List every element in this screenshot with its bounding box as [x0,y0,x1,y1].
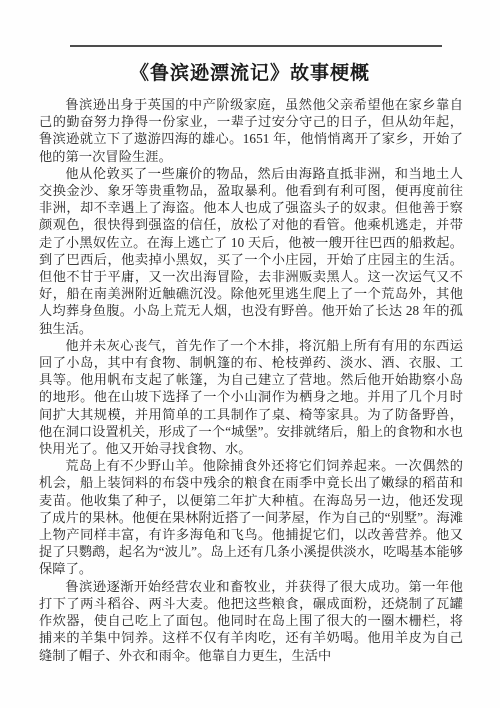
paragraph: 鲁滨逊逐渐开始经营农业和畜牧业，并获得了很大成功。第一年他打下了两斗稻谷、两斗大… [39,578,463,664]
paragraph: 他从伦敦买了一些廉价的物品，然后由海路直抵非洲，和当地土人交换金沙、象牙等贵重物… [39,165,463,337]
paragraph: 他并未灰心丧气，首先作了一个木排，将沉船上所有有用的东西运回了小岛，其中有食物、… [39,337,463,457]
paragraph: 鲁滨逊出身于英国的中产阶级家庭，虽然他父亲希望他在家乡靠自己的勤奋努力挣得一份家… [39,96,463,165]
paragraph: 荒岛上有不少野山羊。他除捕食外还将它们饲养起来。一次偶然的机会，船上装饲料的布袋… [39,457,463,577]
document-page: 《鲁滨逊漂流记》故事梗概 鲁滨逊出身于英国的中产阶级家庭，虽然他父亲希望他在家乡… [0,0,500,708]
page-title: 《鲁滨逊漂流记》故事梗概 [0,58,500,85]
divider-line [70,45,442,47]
paragraphs: 鲁滨逊出身于英国的中产阶级家庭，虽然他父亲希望他在家乡靠自己的勤奋努力挣得一份家… [39,96,463,664]
